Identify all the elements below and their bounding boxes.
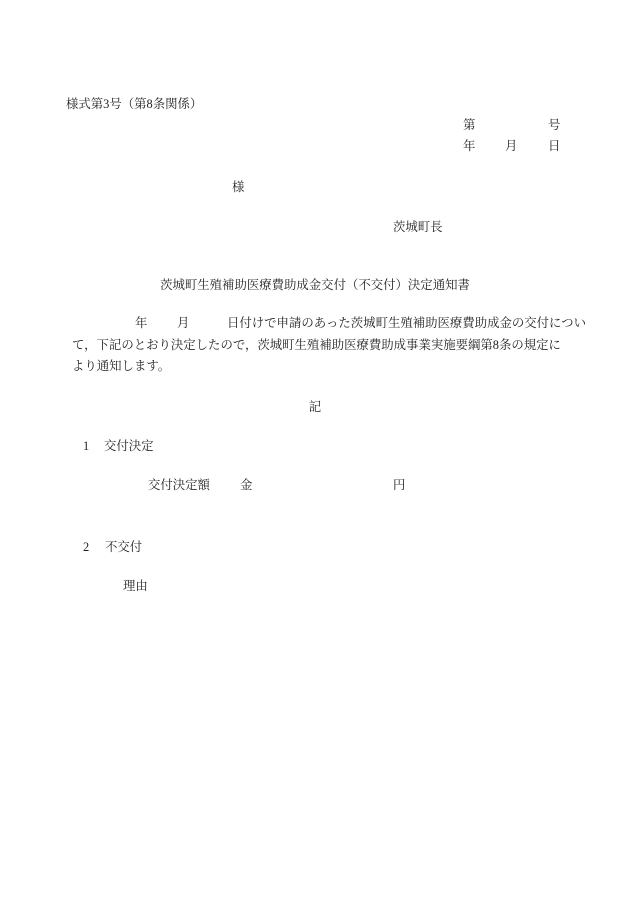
form-style-label: 様式第3号（第8条関係）	[66, 96, 202, 112]
grant-amount-suffix: 円	[393, 477, 405, 493]
doc-number-suffix: 号	[548, 117, 560, 133]
non-grant-reason-label: 理由	[123, 578, 148, 594]
body-line-1-text: 日付けで申請のあった茨城町生殖補助医療費助成金の交付につい	[227, 315, 586, 331]
section-1-number: 1	[83, 438, 89, 454]
section-2-heading: 不交付	[105, 539, 142, 555]
grant-amount-prefix: 金	[240, 477, 252, 493]
section-2-number: 2	[83, 539, 89, 555]
doc-number-prefix: 第	[463, 117, 475, 133]
body-line-3: より通知します。	[72, 358, 170, 374]
document-page: 様式第3号（第8条関係） 第 号 年 月 日 様 茨城町長 茨城町生殖補助医療費…	[0, 0, 630, 903]
addressee-honorific: 様	[232, 179, 244, 195]
record-mark: 記	[0, 399, 630, 415]
date-day-label: 日	[548, 138, 560, 154]
body-blank-month-label: 月	[177, 315, 189, 331]
document-title: 茨城町生殖補助医療費助成金交付（不交付）決定通知書	[0, 277, 630, 293]
body-blank-year-label: 年	[135, 315, 147, 331]
date-month-label: 月	[505, 138, 517, 154]
section-1-heading: 交付決定	[104, 438, 154, 454]
grant-amount-label: 交付決定額	[148, 477, 210, 493]
sender-title: 茨城町長	[393, 219, 443, 235]
body-line-2: て，下記のとおり決定したので，茨城町生殖補助医療費助成事業実施要綱第8条の規定に	[72, 337, 561, 353]
date-year-label: 年	[463, 138, 475, 154]
